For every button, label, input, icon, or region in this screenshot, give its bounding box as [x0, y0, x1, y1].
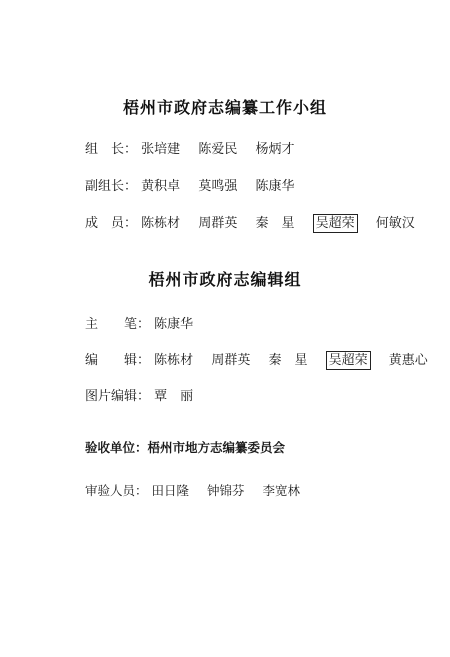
name: 黄惠心: [389, 352, 428, 370]
name: 秦 星: [255, 215, 294, 233]
name: 覃 丽: [154, 388, 193, 406]
leader-row: 组 长： 张培建 陈爱民 杨炳才: [85, 141, 308, 159]
name: 何敏汉: [376, 215, 415, 233]
name: 周群英: [211, 352, 250, 370]
row-label: 副组长：: [85, 178, 137, 196]
name: 周群英: [198, 215, 237, 233]
section2-title: 梧州市政府志编辑组: [0, 267, 450, 290]
name: 李宽林: [263, 482, 301, 500]
row-label: 组 长：: [85, 141, 137, 159]
name: 陈栋材: [154, 352, 193, 370]
boxed-name: 吴超荣: [326, 351, 371, 370]
editors-row: 编 辑： 陈栋材 周群英 秦 星 吴超荣 黄惠心: [85, 351, 442, 370]
acceptance-row: 验收单位：梧州市地方志编纂委员会: [85, 439, 285, 457]
row-label: 成 员：: [85, 215, 137, 233]
row-label: 主 笔：: [85, 316, 150, 334]
boxed-name: 吴超荣: [313, 214, 358, 233]
row-label: 审验人员：: [85, 482, 148, 500]
row-label: 编 辑：: [85, 352, 150, 370]
deputy-leader-row: 副组长： 黄积卓 莫鸣强 陈康华: [85, 178, 308, 196]
name: 秦 星: [268, 352, 307, 370]
name: 莫鸣强: [198, 178, 237, 196]
row-label: 验收单位：: [85, 439, 148, 457]
members-row: 成 员： 陈栋材 周群英 秦 星 吴超荣 何敏汉: [85, 214, 429, 233]
name: 钟锦芬: [207, 482, 245, 500]
name: 黄积卓: [141, 178, 180, 196]
name: 陈爱民: [198, 141, 237, 159]
chief-writer-row: 主 笔： 陈康华: [85, 316, 207, 334]
name: 张培建: [141, 141, 180, 159]
name: 陈栋材: [141, 215, 180, 233]
row-label: 图片编辑：: [85, 388, 150, 406]
reviewers-row: 审验人员： 田日隆 钟锦芬 李宽林: [85, 482, 314, 500]
photo-editor-row: 图片编辑： 覃 丽: [85, 388, 207, 406]
acceptance-unit: 梧州市地方志编纂委员会: [148, 440, 286, 455]
name: 陈康华: [154, 316, 193, 334]
name: 陈康华: [255, 178, 294, 196]
name: 田日隆: [152, 482, 190, 500]
name: 杨炳才: [255, 141, 294, 159]
section1-title: 梧州市政府志编纂工作小组: [0, 95, 450, 118]
